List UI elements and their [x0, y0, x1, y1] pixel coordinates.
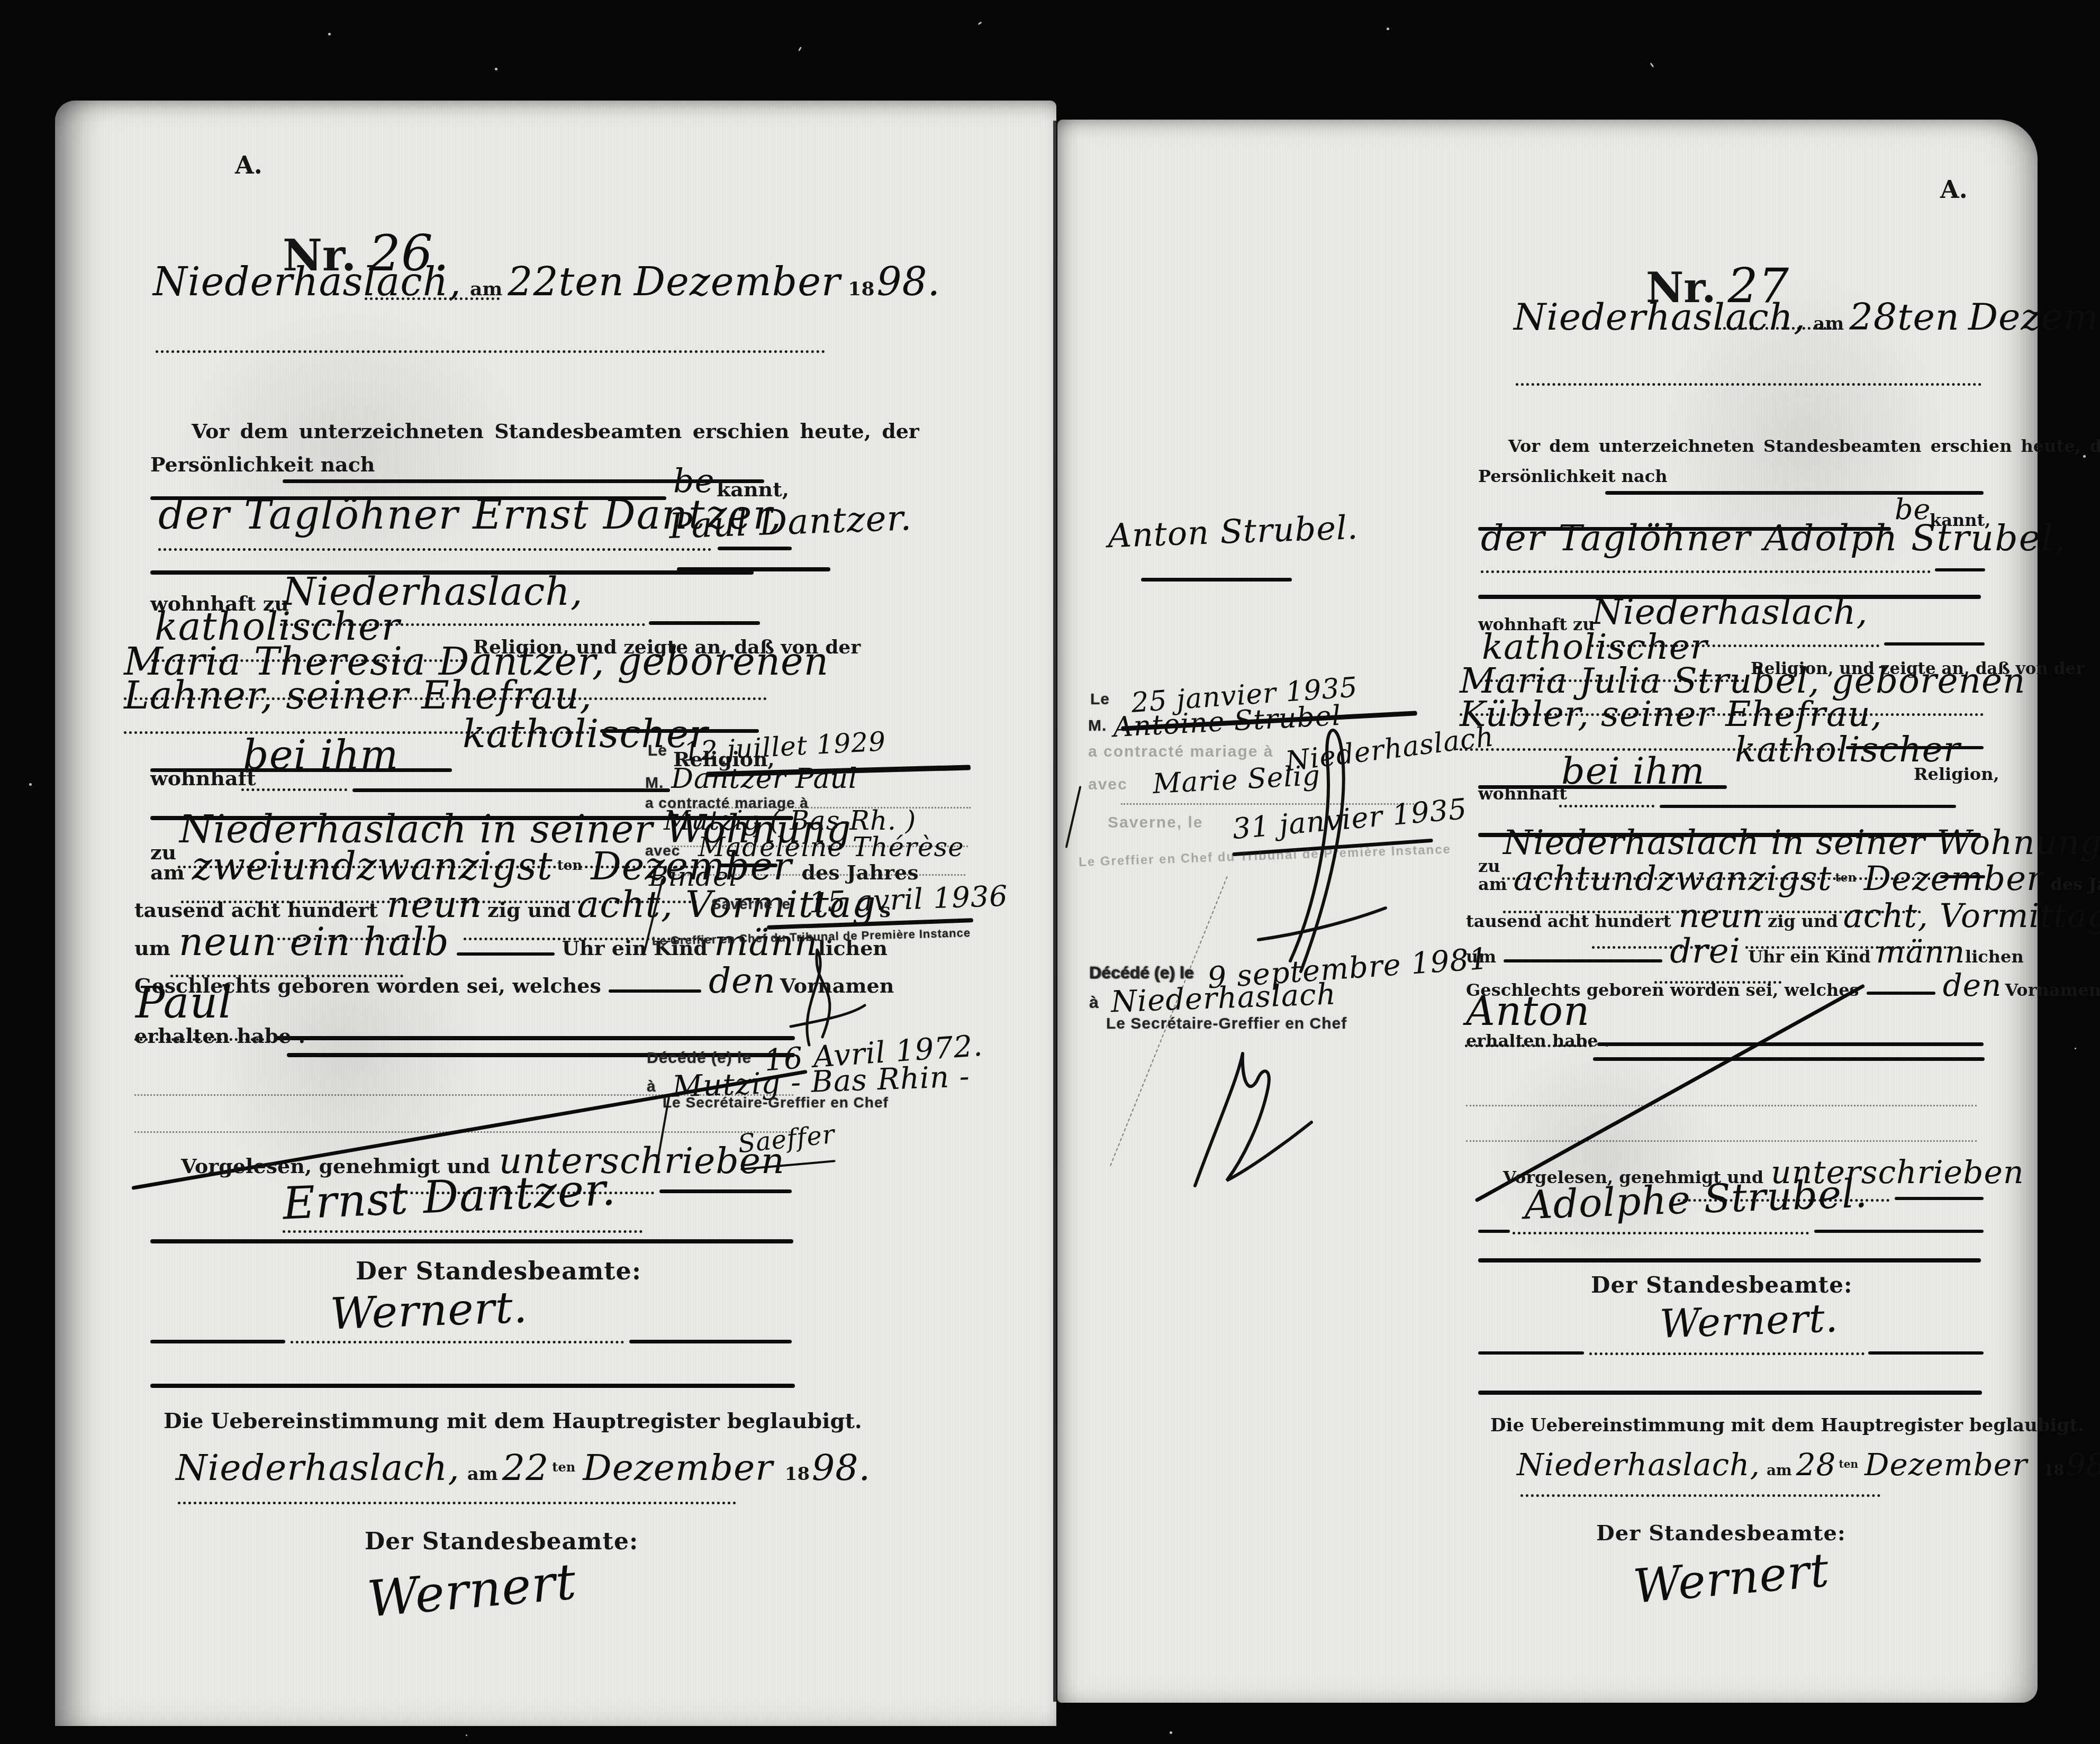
header-day: 28ten — [1849, 295, 1960, 339]
registrar-signature: Wernert. — [329, 1283, 528, 1340]
marriage-groom-name: Dantzer Paul — [671, 763, 857, 795]
birthyear-row: tausend acht hundert neun zig und acht, … — [1466, 896, 2100, 935]
cert-18-print: 18 — [2043, 1461, 2064, 1479]
birthtime-row: um drei Uhr ein Kind männ lichen — [1466, 932, 2024, 971]
cert-place: Niederhaslach, — [1517, 1447, 1760, 1483]
header-month: Dezember — [634, 259, 841, 305]
registrar-signature: Wernert. — [1659, 1295, 1839, 1347]
header-date-underline — [156, 350, 825, 353]
welches-blank-rule — [1867, 992, 1935, 995]
header-date-row: Niederhaslach, am 22ten Dezember 18 98. — [153, 259, 940, 305]
death-clerk-paraphe-icon — [1179, 1038, 1327, 1191]
vorgelesen-rule-end — [659, 1189, 792, 1193]
birth-month-value: Dezember — [1864, 859, 2043, 898]
vornamen-label: Vornamen — [2005, 980, 2100, 1000]
stamp-m-label: M. — [645, 774, 664, 792]
stamp-saverne-label: Saverne, le — [1108, 814, 1203, 832]
cert-month: Dezember — [583, 1447, 773, 1489]
declarant-underline — [1481, 570, 1931, 573]
faint-blank-rule — [1466, 1105, 1977, 1106]
cert-date-row: Niederhaslach, am 22 ten Dezember 18 98. — [176, 1447, 871, 1489]
mother-name-line2: Kübler, seiner Ehefrau, — [1460, 694, 1882, 734]
religion2-print: Religion, — [1914, 764, 1999, 784]
des-jahres-label: des Jahres — [801, 860, 918, 884]
margin-child-name: Anton Strubel. — [1107, 508, 1359, 555]
gender-value: männ — [1876, 934, 1965, 970]
birthplace-value: Niederhaslach in seiner Wohnung — [1503, 823, 2100, 862]
header-place: Niederhaslach, — [1514, 295, 1806, 339]
margin-name-underline — [677, 567, 830, 571]
year-rest-value: acht, Vormittag — [1843, 896, 2100, 935]
ten-print: ten — [557, 858, 582, 874]
beglaubigt-line: Die Uebereinstimmung mit dem Hauptregist… — [1490, 1415, 2084, 1436]
margin-slash-mark — [1065, 786, 1082, 848]
header-date-row: Niederhaslach, am 28ten Dezember 18 98. — [1514, 295, 2100, 339]
wohnhaft-rule-end — [352, 788, 670, 792]
page-right-record-27: A. Nr. 27 Niederhaslach, am 28ten Dezemb… — [1057, 120, 2038, 1703]
child-name-value: Paul — [135, 978, 232, 1028]
cert-ten-print: ten — [552, 1459, 575, 1475]
time-blank-rule — [457, 952, 555, 956]
father-rule-right — [1814, 1230, 1984, 1233]
corner-letter: A. — [1940, 175, 1968, 204]
year-tens-value: neun — [1679, 896, 1763, 935]
page-left-record-26: A. Nr. 26. Niederhaslach, am 22ten Dezem… — [55, 101, 1056, 1726]
header-18-print: 18 — [848, 278, 874, 300]
stamp-le-label: Le — [648, 742, 667, 760]
persoenlichkeit-label: Persönlichkeit nach — [1478, 466, 1667, 486]
residence-rule-end — [649, 621, 760, 625]
header-am-label: am — [470, 278, 502, 300]
stamp-avec-label: avec — [1088, 776, 1128, 794]
registrar-underline — [1589, 1352, 1864, 1355]
stamp-m-label: M. — [1088, 717, 1107, 735]
registrar-rule-right — [1868, 1351, 1984, 1355]
tausend-label: tausend acht hundert — [1466, 911, 1671, 931]
standesbeamte-label: Der Standesbeamte: — [1591, 1272, 1852, 1298]
cert-ten-print: ten — [1839, 1458, 1859, 1470]
mother-name-line2: Lahner, seiner Ehefrau, — [124, 673, 592, 717]
margin-child-name: Paul Dantzer. — [668, 497, 912, 547]
cert-place: Niederhaslach, — [176, 1447, 460, 1489]
stamp-saverne-label: Saverne le — [711, 896, 791, 913]
erhalten-label: erhalten habe . — [1466, 1031, 1610, 1051]
standesbeamte-label: Der Standesbeamte: — [356, 1257, 641, 1285]
blank-rule — [150, 1384, 795, 1388]
uhr-ein-kind-label: Uhr ein Kind — [1748, 947, 1871, 967]
registrar-final-signature: Wernert — [1631, 1542, 1831, 1614]
header-year: 98. — [876, 259, 940, 305]
zig-und-label: zig und — [1768, 911, 1838, 931]
stamp-avec-label: avec — [645, 842, 680, 859]
erhalten-rule — [1593, 1057, 1985, 1061]
birth-time-value: neun ein halb — [179, 920, 449, 964]
child-name-value: Anton — [1466, 987, 1590, 1034]
cert-day: 22 — [502, 1447, 549, 1489]
marriage-date: 12 juillet 1929 — [683, 726, 887, 767]
registrar-final-signature: Wernert — [365, 1553, 578, 1629]
header-day: 22ten — [508, 259, 624, 305]
childname-rule-end — [1597, 1042, 1984, 1046]
welches-blank-rule — [609, 989, 701, 993]
margin-name-underline — [1141, 578, 1292, 582]
cert-year: 98. — [2066, 1447, 2100, 1483]
birth-day-value: zweiundzwanzigst — [192, 844, 553, 888]
standesbeamte-label-2: Der Standesbeamte: — [1596, 1521, 1846, 1546]
header-am-label: am — [1813, 313, 1844, 334]
zig-und-label: zig und — [487, 898, 571, 922]
greffier-paraphe-icon — [1227, 712, 1407, 977]
faint-blank-rule — [1466, 1140, 1977, 1142]
death-label: Décédé (e) le — [1089, 963, 1193, 983]
wohnhaft-label: wohnhaft — [1478, 784, 1567, 804]
father-rule-left — [1478, 1230, 1510, 1233]
am-label: am — [1478, 874, 1507, 894]
residence-rule-end — [1884, 642, 1985, 646]
marriage-stamp-date-row: Le 12 juillet 1929 — [648, 731, 886, 762]
father-signature-underline — [283, 1230, 642, 1233]
marriage-stamp-name-row: M. Dantzer Paul — [645, 763, 858, 795]
wohnhaft-rule-end — [1660, 805, 1956, 808]
wohnhaft-value: bei ihm — [243, 731, 399, 778]
wohnhaft-underline — [241, 788, 347, 791]
marriage-stamp-saverne-row: Saverne le 15 avril 1936 — [711, 883, 1008, 916]
father-signature-underline — [1513, 1232, 1809, 1234]
cert-day: 28 — [1796, 1447, 1836, 1483]
tausend-label: tausend acht hundert — [134, 898, 378, 922]
greffier-paraphe-icon — [759, 942, 881, 1048]
wohnhaft-underline — [1559, 805, 1654, 807]
birth-day-value: achtundzwanzigst — [1514, 859, 1832, 898]
death-secretaire-label: Le Secrétaire-Greffier en Chef — [663, 1094, 889, 1111]
header-place: Niederhaslach, — [153, 259, 461, 305]
erhalten-label: erhalten habe . — [134, 1024, 305, 1048]
blank-rule — [150, 1239, 793, 1243]
wohnhaft-value: bei ihm — [1561, 749, 1705, 793]
cert-date-underline — [178, 1502, 736, 1504]
am-label: am — [150, 860, 185, 884]
welches-handwritten: den — [1943, 967, 2002, 1003]
persoenlichkeit-label: Persönlichkeit nach — [150, 452, 375, 476]
beglaubigt-line: Die Uebereinstimmung mit dem Hauptregist… — [164, 1409, 862, 1433]
header-month: Dezember — [1968, 295, 2100, 339]
cert-18-print: 18 — [785, 1464, 810, 1485]
lichen-print: lichen — [1965, 947, 2024, 967]
birth-time-value: drei — [1670, 932, 1741, 971]
declarant-rule-end — [1935, 568, 1985, 571]
standesbeamte-label-2: Der Standesbeamte: — [365, 1528, 638, 1555]
death-place: Niederhaslach — [1110, 977, 1337, 1020]
death-a-label: à — [647, 1078, 656, 1096]
blank-rule — [1478, 1258, 1981, 1262]
death-clerk-signature: Saeffer — [737, 1120, 837, 1159]
marriage-cert-date: 15 avril 1936 — [808, 879, 1009, 919]
header-date-underline — [1516, 383, 1981, 386]
cert-am-label: am — [467, 1464, 498, 1485]
cert-date-row: Niederhaslach, am 28 ten Dezember 18 98. — [1517, 1447, 2100, 1483]
scanned-register-spread: A. Nr. 26. Niederhaslach, am 22ten Dezem… — [0, 0, 2100, 1744]
ten-print: ten — [1835, 871, 1857, 885]
registrar-underline — [291, 1341, 624, 1343]
registrar-rule-right — [629, 1340, 792, 1343]
death-a-label: à — [1089, 993, 1099, 1012]
des-jahres-label: des Jahres — [2051, 874, 2100, 894]
cert-year: 98. — [812, 1447, 871, 1489]
death-stamp-place-row: à Niederhaslach — [1089, 981, 1336, 1015]
page-gutter-shadow — [1053, 121, 1056, 1702]
time-blank-rule — [1504, 959, 1662, 962]
corner-letter: A. — [235, 151, 262, 179]
marriage-spouse-line1: Madeleine Thérèse — [698, 832, 964, 862]
wohnhaft-label: wohnhaft — [150, 766, 256, 790]
cert-am-label: am — [1767, 1461, 1792, 1479]
death-secretaire-label: Le Secrétaire-Greffier en Chef — [1106, 1015, 1347, 1033]
bleedthrough-smudge — [182, 312, 521, 587]
cert-date-underline — [1520, 1494, 1880, 1497]
um-label: um — [134, 936, 170, 960]
declarant-underline — [158, 548, 711, 551]
registrar-rule-left — [150, 1340, 285, 1343]
vorgelesen-rule-end — [1895, 1197, 1984, 1200]
form-intro-line: Vor dem unterzeichneten Standesbeamten e… — [192, 419, 919, 443]
cert-month: Dezember — [1864, 1447, 2027, 1483]
declarant-name: der Taglöhner Adolph Strubel, — [1481, 517, 2066, 559]
form-intro-line: Vor dem unterzeichneten Standesbeamten e… — [1508, 436, 2100, 456]
blank-rule — [1478, 1391, 1982, 1395]
declarant-rule-end — [718, 547, 792, 550]
registrar-rule-left — [1478, 1351, 1584, 1355]
birthdate-row: am achtundzwanzigst ten Dezember des Jah… — [1478, 859, 2100, 898]
